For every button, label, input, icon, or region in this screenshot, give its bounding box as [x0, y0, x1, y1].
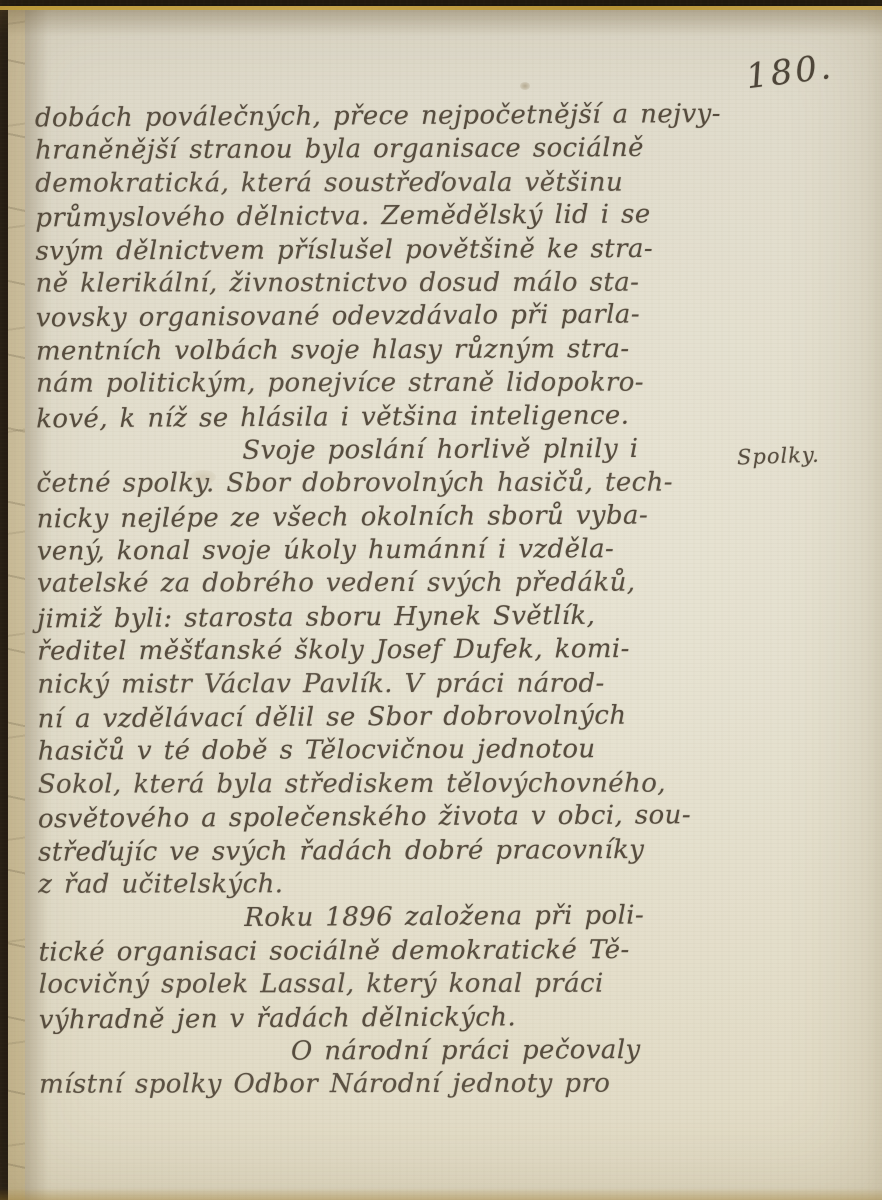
- manuscript-line: střeďujíc ve svých řadách dobré pracovní…: [38, 833, 778, 870]
- manuscript-line: vený, konal svoje úkoly humánní i vzděla…: [37, 532, 777, 569]
- manuscript-line: výhradně jen v řadách dělnických.: [39, 999, 779, 1037]
- manuscript-line: ně klerikální, živnostnictvo dosud málo …: [36, 266, 776, 301]
- manuscript-line: tické organisaci sociálně demokratické T…: [38, 933, 778, 970]
- manuscript-line: nický mistr Václav Pavlík. V práci národ…: [37, 667, 777, 702]
- manuscript-line: Sokol, která byla střediskem tělovýchovn…: [38, 767, 778, 802]
- manuscript-line: O národní práci pečovaly: [39, 1033, 779, 1070]
- manuscript-line: místní spolky Odbor Národní jednoty pro: [39, 1068, 779, 1103]
- handwritten-text-block: dobách poválečných, přece nejpočetnější …: [35, 98, 779, 1103]
- page-number: 180.: [744, 47, 836, 97]
- manuscript-line: hraněnější stranou byla organisace sociá…: [35, 132, 775, 169]
- manuscript-line: vovsky organisované odevzdávalo při parl…: [36, 298, 776, 336]
- manuscript-line: locvičný spolek Lassal, který konal prác…: [39, 968, 779, 1003]
- manuscript-line: svým dělnictvem příslušel povětšině ke s…: [35, 232, 775, 269]
- manuscript-line: Roku 1896 založena při poli-: [38, 899, 778, 937]
- manuscript-line: četné spolky. Sbor dobrovolných hasičů, …: [36, 467, 776, 502]
- manuscript-line: jimiž byli: starosta sboru Hynek Světlík…: [37, 598, 777, 636]
- manuscript-line: osvětového a společenského života v obci…: [38, 799, 778, 837]
- manuscript-line: mentních volbách svoje hlasy různým stra…: [36, 332, 776, 369]
- manuscript-line: demokratická, která soustřeďovala většin…: [35, 166, 775, 201]
- manuscript-line: průmyslového dělnictva. Zemědělský lid i…: [35, 198, 775, 236]
- page-top-shadow: [0, 10, 882, 36]
- manuscript-line: kové, k níž se hlásila i většina intelig…: [36, 398, 776, 436]
- manuscript-photo: 180. dobách poválečných, přece nejpočetn…: [0, 0, 882, 1200]
- page-bottom-worn-edge: [0, 1188, 882, 1200]
- manuscript-line: dobách poválečných, přece nejpočetnější …: [35, 98, 775, 136]
- adjacent-page-ink-marks: [8, 0, 25, 1200]
- manuscript-line: Svoje poslání horlivě plnily i: [36, 432, 776, 469]
- manuscript-line: vatelské za dobrého vedení svých předáků…: [37, 567, 777, 602]
- manuscript-line: ní a vzdělávací dělil se Sbor dobrovolný…: [37, 699, 777, 737]
- manuscript-line: hasičů v té době s Tělocvičnou jednotou: [38, 733, 778, 770]
- margin-note-spolky: Spolky.: [737, 443, 820, 470]
- manuscript-line: z řad učitelských.: [38, 867, 778, 902]
- paper-stain: [520, 82, 530, 90]
- manuscript-line: ředitel měšťanské školy Josef Dufek, kom…: [37, 633, 777, 670]
- manuscript-line: nicky nejlépe ze všech okolních sborů vy…: [37, 498, 777, 536]
- book-gutter-shadow: [0, 0, 8, 1200]
- manuscript-line: nám politickým, ponejvíce straně lidopok…: [36, 366, 776, 401]
